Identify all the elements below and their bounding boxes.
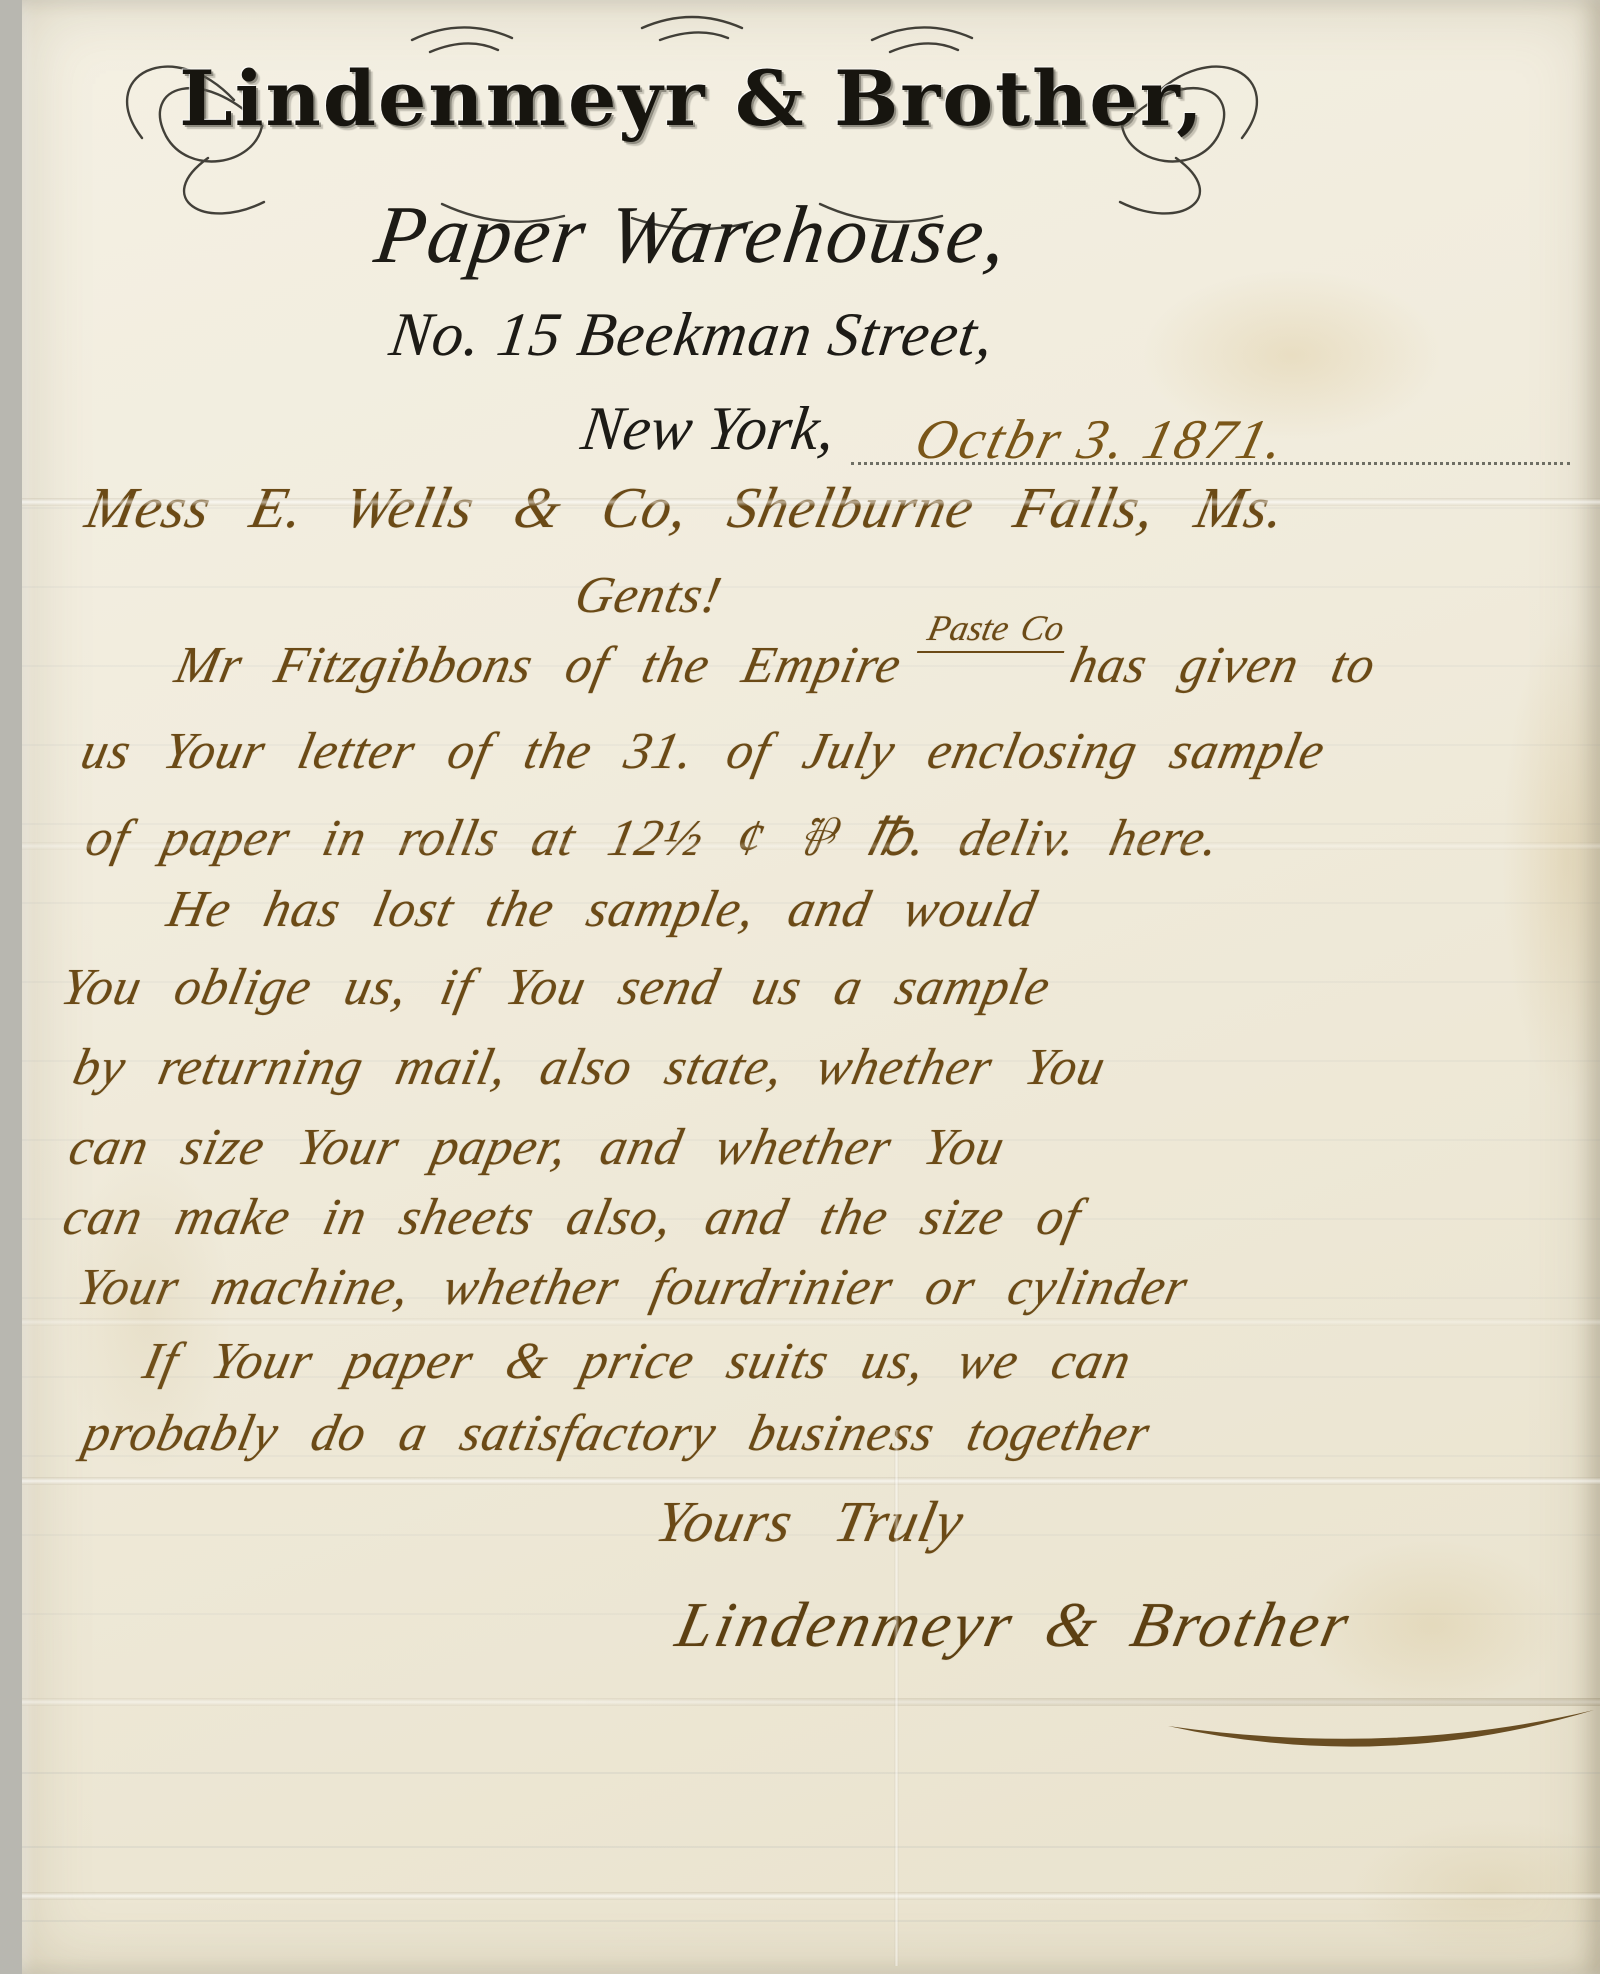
opening-pre-text: Mr Fitzgibbons of the Empire	[170, 637, 906, 694]
opening-post-text: has given to	[1065, 637, 1380, 694]
fold-crease	[22, 1318, 1600, 1326]
body-line: You oblige us, if You send us a sample	[56, 958, 1056, 1017]
letter-paper: Lindenmeyr & Brother, Paper Warehouse, N…	[22, 0, 1600, 1974]
closing-line: Yours Truly	[650, 1488, 970, 1555]
date-line: New York, Octbr 3. 1871.	[582, 392, 1570, 465]
salutation: Gents!	[570, 566, 727, 625]
body-line: can make in sheets also, and the size of	[58, 1188, 1087, 1247]
body-line: can size Your paper, and whether You	[64, 1118, 1010, 1177]
body-line: by returning mail, also state, whether Y…	[68, 1038, 1111, 1097]
body-line-opening: Mr Fitzgibbons of the EmpirePaste Cohas …	[170, 636, 1381, 695]
body-line: Your machine, whether fourdrinier or cyl…	[72, 1258, 1193, 1317]
paper-stain	[1502, 620, 1600, 1100]
company-name: Lindenmeyr & Brother,	[112, 54, 1272, 143]
body-line: He has lost the sample, and would	[162, 880, 1043, 939]
fold-crease	[22, 1892, 1600, 1900]
body-line: of paper in rolls at 12½ ¢ ⅌ ℔. deliv. h…	[80, 800, 1227, 871]
date-dotted-rule: Octbr 3. 1871.	[851, 392, 1570, 465]
paper-stain	[1352, 1820, 1600, 1960]
handwritten-date: Octbr 3. 1871.	[909, 408, 1294, 472]
body-line: probably do a satisfactory business toge…	[78, 1404, 1156, 1463]
interline-insertion: Paste Co	[917, 607, 1074, 653]
scanned-letter: Lindenmeyr & Brother, Paper Warehouse, N…	[0, 0, 1600, 1974]
signature-flourish	[1162, 1700, 1600, 1760]
fold-crease	[22, 1477, 1600, 1485]
body-line: If Your paper & price suits us, we can	[138, 1332, 1137, 1391]
street-address-line: No. 15 Beekman Street,	[107, 300, 1277, 371]
signature: Lindenmeyr & Brother	[670, 1588, 1358, 1662]
recipient-line: Mess E. Wells & Co, Shelburne Falls, Ms.	[80, 474, 1292, 541]
body-line: us Your letter of the 31. of July enclos…	[76, 722, 1331, 781]
city-label: New York,	[577, 394, 840, 465]
business-line: Paper Warehouse,	[105, 188, 1278, 282]
